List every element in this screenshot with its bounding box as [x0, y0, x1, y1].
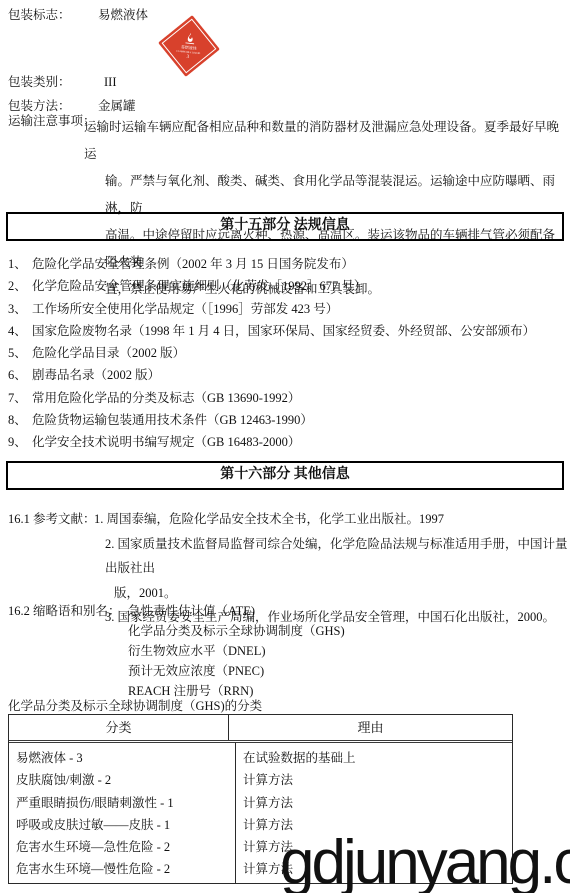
- item-number: 5、: [8, 342, 32, 364]
- list-item: 5、危险化学品目录（2002 版）: [8, 342, 564, 364]
- table-cell: 严重眼睛损伤/眼睛刺激性 - 1: [16, 792, 235, 814]
- reference-line: 2. 国家质量技术监督局监督司综合处编，化学危险品法规与标准适用手册，中国计量出…: [105, 532, 568, 581]
- table-cell: 危害水生环境—慢性危险 - 2: [16, 858, 235, 880]
- section16-header: 第十六部分 其他信息: [6, 461, 564, 490]
- list-item: 1、危险化学品安全管理条例（2002 年 3 月 15 日国务院发布）: [8, 253, 564, 275]
- regulations-list: 1、危险化学品安全管理条例（2002 年 3 月 15 日国务院发布） 2、化学…: [8, 253, 564, 454]
- packaging-category-label: 包装类别：: [8, 75, 90, 90]
- column-header-category: 分类: [9, 715, 229, 740]
- item-number: 1、: [8, 253, 32, 275]
- transport-label: 运输注意事项：: [8, 114, 96, 129]
- packaging-mark-label: 包装标志：: [8, 8, 90, 23]
- list-item: 9、化学安全技术说明书编写规定（GB 16483-2000）: [8, 431, 564, 453]
- item-text: 危险化学品安全管理条例（2002 年 3 月 15 日国务院发布）: [32, 253, 354, 275]
- abbreviations-label: 16.2 缩略语和别名：: [8, 601, 121, 621]
- abbreviations-block: 16.2 缩略语和别名： 急性毒性估计值（ATE) 化学品分类及标示全球协调制度…: [8, 601, 568, 701]
- table-header-row: 分类 理由: [9, 715, 512, 743]
- site-watermark: gdjunyang.c: [280, 826, 570, 893]
- item-number: 4、: [8, 320, 32, 342]
- abbreviation-item: 急性毒性估计值（ATE): [128, 601, 568, 621]
- item-text: 危险货物运输包装通用技术条件（GB 12463-1990）: [32, 409, 313, 431]
- item-number: 7、: [8, 387, 32, 409]
- category-column: 易燃液体 - 3 皮肤腐蚀/刺激 - 2 严重眼睛损伤/眼睛刺激性 - 1 呼吸…: [9, 743, 236, 883]
- packaging-mark-row: 包装标志： 易燃液体: [8, 8, 148, 23]
- table-cell: 呼吸或皮肤过敏——皮肤 - 1: [16, 814, 235, 836]
- references-label: 16.1 参考文献：: [8, 507, 96, 532]
- abbreviation-item: REACH 注册号（RRN): [128, 681, 568, 701]
- item-number: 9、: [8, 431, 32, 453]
- packaging-category-value: III: [104, 75, 117, 90]
- table-cell: 易燃液体 - 3: [16, 747, 235, 769]
- ghs-classification-title: 化学品分类及标示全球协调制度（GHS)的分类: [8, 699, 262, 714]
- item-text: 剧毒品名录（2002 版）: [32, 364, 160, 386]
- item-number: 3、: [8, 298, 32, 320]
- list-item: 3、工作场所安全使用化学品规定（［1996］劳部发 423 号）: [8, 298, 564, 320]
- abbreviation-item: 衍生物效应水平（DNEL): [128, 641, 568, 661]
- list-item: 4、国家危险废物名录（1998 年 1 月 4 日，国家环保局、国家经贸委、外经…: [8, 320, 564, 342]
- flammable-liquid-diamond-icon: 易燃液体 FLAMMABLE LIQUID 3: [158, 15, 220, 77]
- flame-icon: [183, 31, 197, 45]
- packaging-method-row: 包装方法： 金属罐: [8, 99, 136, 114]
- item-text: 常用危险化学品的分类及标志（GB 13690-1992）: [32, 387, 300, 409]
- packaging-category-row: 包装类别： III: [8, 75, 117, 90]
- reference-line: 1. 周国泰编，危险化学品安全技术全书，化学工业出版社。1997: [94, 507, 568, 532]
- packaging-method-label: 包装方法：: [8, 99, 90, 114]
- table-cell: 计算方法: [243, 792, 512, 814]
- section15-header: 第十五部分 法规信息: [6, 212, 564, 241]
- list-item: 8、危险货物运输包装通用技术条件（GB 12463-1990）: [8, 409, 564, 431]
- item-text: 工作场所安全使用化学品规定（［1996］劳部发 423 号）: [32, 298, 338, 320]
- table-cell: 皮肤腐蚀/刺激 - 2: [16, 769, 235, 791]
- packaging-method-value: 金属罐: [98, 99, 136, 114]
- list-item: 7、常用危险化学品的分类及标志（GB 13690-1992）: [8, 387, 564, 409]
- section15-title: 第十五部分 法规信息: [220, 218, 350, 235]
- list-item: 6、剧毒品名录（2002 版）: [8, 364, 564, 386]
- table-cell: 危害水生环境—急性危险 - 2: [16, 836, 235, 858]
- abbreviation-item: 预计无效应浓度（PNEC): [128, 661, 568, 681]
- packaging-mark-value: 易燃液体: [98, 8, 148, 23]
- item-number: 2、: [8, 275, 32, 297]
- hazard-diamond-content: 易燃液体 FLAMMABLE LIQUID 3: [165, 22, 213, 70]
- item-number: 8、: [8, 409, 32, 431]
- column-header-reason: 理由: [229, 715, 512, 740]
- item-text: 化学安全技术说明书编写规定（GB 16483-2000）: [32, 431, 300, 453]
- hazard-class-number: 3: [186, 55, 189, 60]
- table-cell: 在试验数据的基础上: [243, 747, 512, 769]
- abbreviation-item: 化学品分类及标示全球协调制度（GHS): [128, 621, 568, 641]
- list-item: 2、化学危险品安全管理条理实施细则（化劳发［1992］677 号）: [8, 275, 564, 297]
- hazard-diamond-background: 易燃液体 FLAMMABLE LIQUID 3: [158, 15, 220, 77]
- item-text: 化学危险品安全管理条理实施细则（化劳发［1992］677 号）: [32, 275, 366, 297]
- item-text: 危险化学品目录（2002 版）: [32, 342, 185, 364]
- msds-document-page: 包装标志： 易燃液体 易燃液体 FLAMMABLE LIQUID 3 包装类别：…: [0, 0, 570, 893]
- section16-title: 第十六部分 其他信息: [220, 467, 350, 484]
- item-number: 6、: [8, 364, 32, 386]
- item-text: 国家危险废物名录（1998 年 1 月 4 日，国家环保局、国家经贸委、外经贸部…: [32, 320, 535, 342]
- transport-line: 运输时运输车辆应配备相应品种和数量的消防器材及泄漏应急处理设备。夏季最好早晚运: [84, 114, 564, 168]
- table-cell: 计算方法: [243, 769, 512, 791]
